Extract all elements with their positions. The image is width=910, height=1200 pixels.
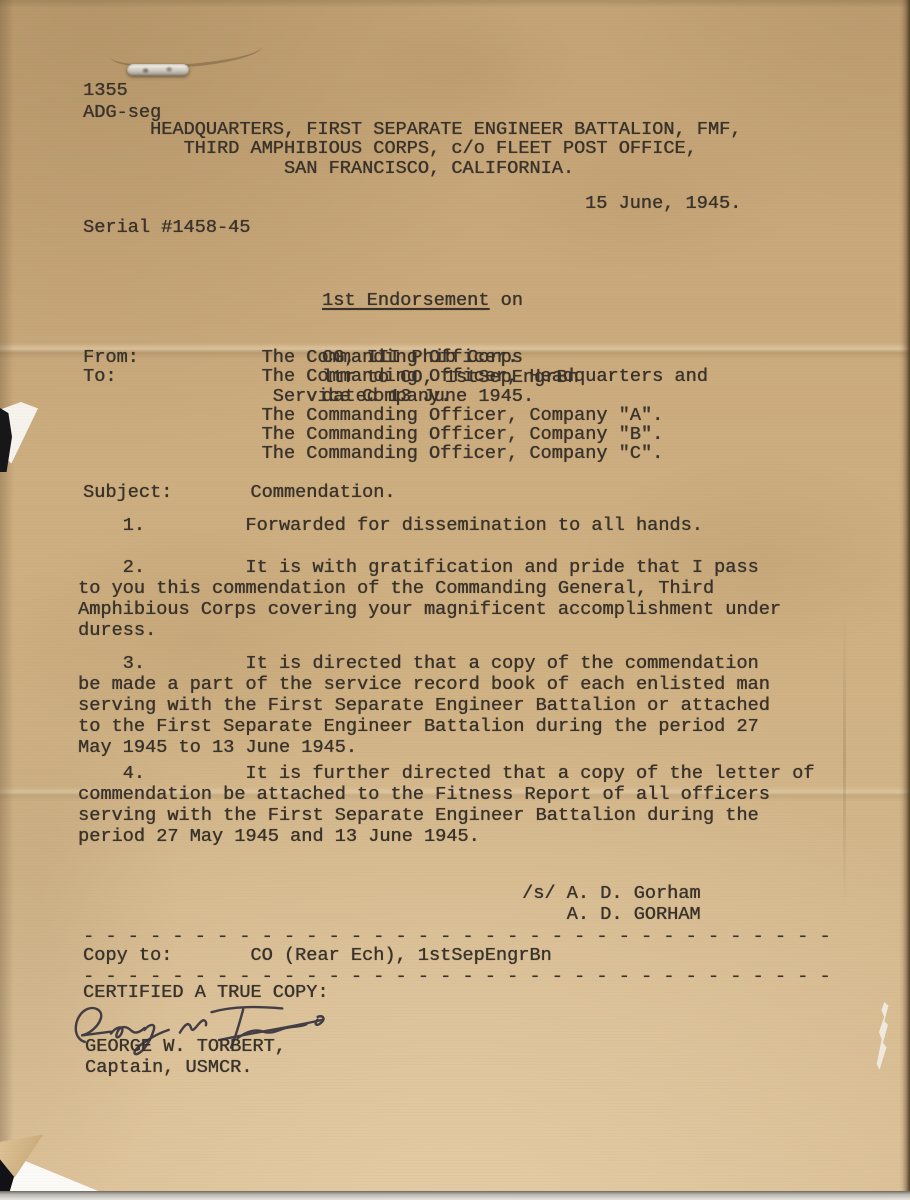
paragraph-3: 3. It is directed that a copy of the com…: [78, 654, 770, 759]
serial-line: Serial #1458-45: [83, 217, 250, 238]
date-line: 15 June, 1945.: [585, 193, 741, 214]
copy-to-line: Copy to: CO (Rear Ech), 1stSepEngrBn: [83, 945, 552, 966]
subject-line: Subject: Commendation.: [83, 482, 395, 503]
file-number-block: 1355ADG-seg: [83, 80, 161, 124]
endorsement-title: 1st Endorsement: [322, 290, 489, 311]
paragraph-2: 2. It is with gratification and pride th…: [78, 558, 781, 642]
handwritten-signature: [70, 997, 340, 1059]
scanner-strip: [0, 1191, 910, 1200]
left-edge-shade: [0, 0, 14, 1200]
top-edge-shade: [0, 0, 910, 8]
endorsement-title-line: 1st Endorsement on: [322, 291, 579, 310]
address-block: From: The Commanding Officer. To: The Co…: [83, 348, 708, 464]
letterhead: HEADQUARTERS, FIRST SEPARATE ENGINEER BA…: [150, 120, 741, 178]
endorsement-title-suffix: on: [489, 290, 522, 311]
vertical-crease: [843, 610, 846, 910]
scanned-letter: 1355ADG-seg HEADQUARTERS, FIRST SEPARATE…: [0, 0, 910, 1200]
separator-line-1: - - - - - - - - - - - - - - - - - - - - …: [83, 926, 831, 947]
signature-typed: /s/ A. D. Gorham A. D. GORHAM: [522, 884, 701, 925]
right-edge-shade: [899, 0, 910, 1200]
file-number: 1355: [83, 80, 161, 102]
staple: [127, 64, 189, 76]
paragraph-1: 1. Forwarded for dissemination to all ha…: [78, 516, 703, 537]
paragraph-4: 4. It is further directed that a copy of…: [78, 764, 814, 848]
